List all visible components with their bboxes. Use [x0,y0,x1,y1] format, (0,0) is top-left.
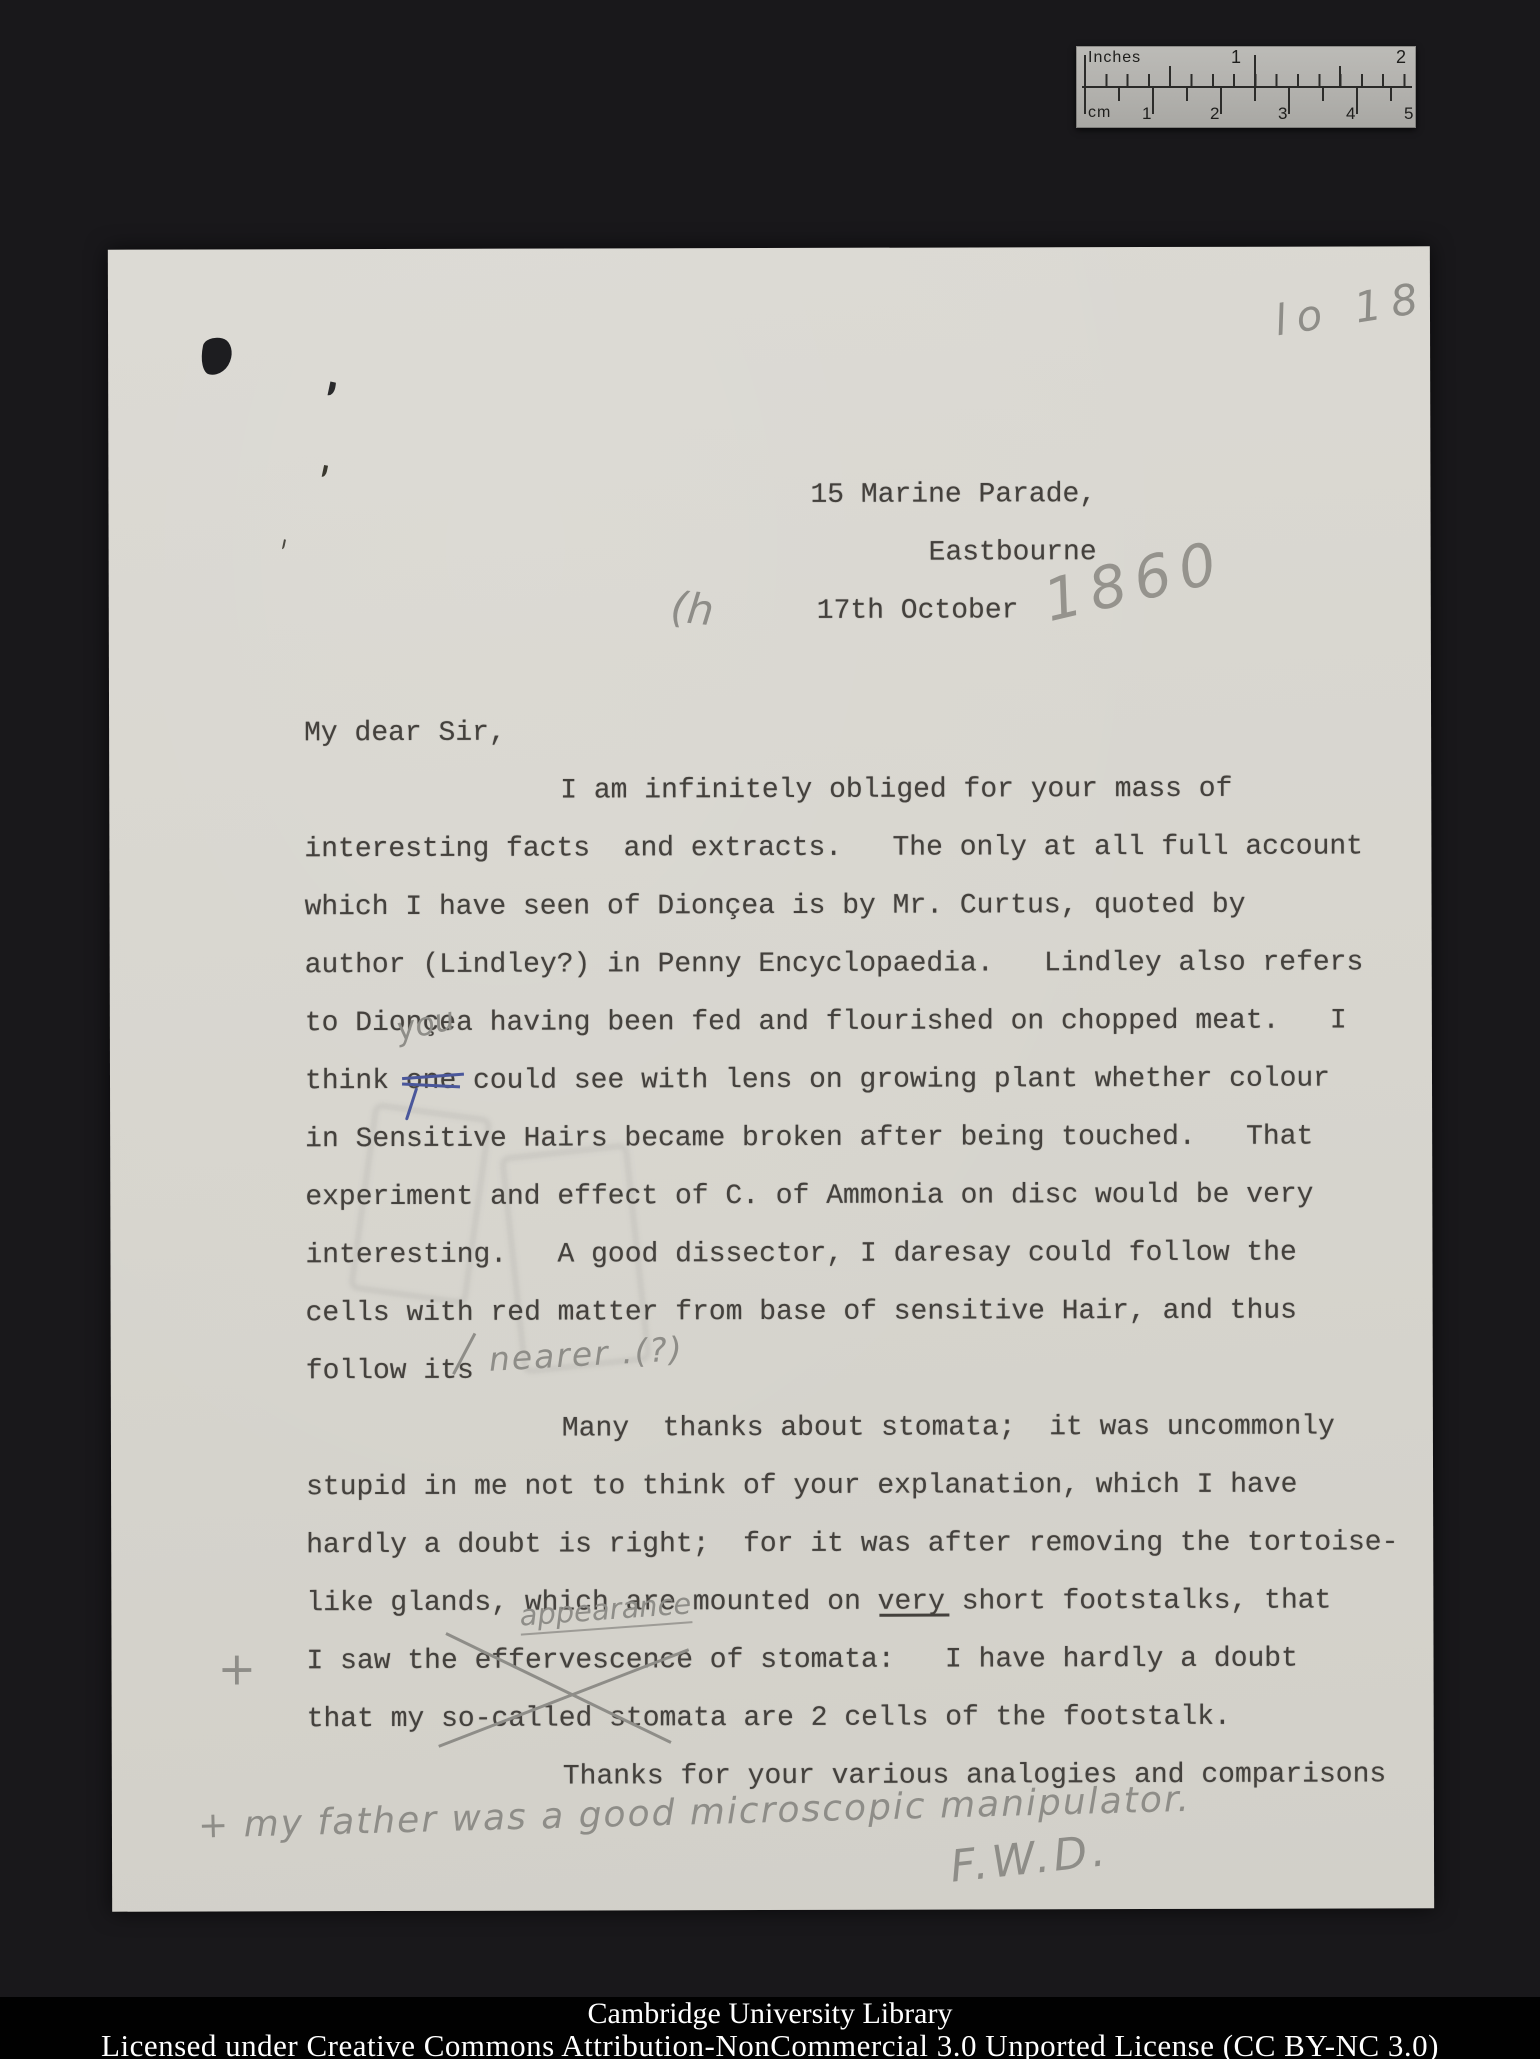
typed-body: My dear Sir,I am infinitely obliged for … [304,702,1399,1807]
ruler-inch-1: 1 [1231,47,1242,68]
typed-line: that my so-called stomata are 2 cells of… [307,1688,1399,1749]
typed-line: cells with red matter from base of sensi… [306,1282,1398,1343]
typed-line: I am infinitely obliged for your mass of [304,760,1396,821]
license-footer: Cambridge University Library Licensed un… [0,1997,1540,2059]
typed-line: Many thanks about stomata; it was uncomm… [306,1398,1398,1459]
typed-line: which I have seen of Dionçea is by Mr. C… [304,876,1396,937]
typed-line: hardly a doubt is right; for it was afte… [306,1514,1398,1575]
scanned-letter-page: { "scan": { "ruler": { "unit_top": "Inch… [0,0,1540,2059]
ruler-cm-ticks [1084,88,1410,118]
typed-underline-very [879,1614,949,1617]
footer-license-text: Licensed under Creative Commons Attribut… [0,2030,1540,2059]
typed-line: in Sensitive Hairs became broken after b… [305,1108,1397,1169]
typed-line: I saw the effervescence of stomata: I ha… [306,1630,1398,1691]
ruler-unit-inches: Inches [1088,49,1141,67]
letter-sheet: lo 18 15 Marine Parade, Eastbourne 17th … [108,246,1434,1911]
typed-line: interesting facts and extracts. The only… [304,818,1396,879]
ruler-unit-cm: cm [1088,104,1111,122]
typed-line: think one could see with lens on growing… [305,1050,1397,1111]
ruler-cm-4: 4 [1346,104,1356,124]
ink-blot [198,335,235,378]
ruler-inch-2: 2 [1396,47,1407,68]
typed-line: to Dionçea having been fed and flourishe… [305,992,1397,1053]
pencil-initials: F.W.D. [948,1825,1112,1893]
pencil-margin-plus: + [217,1641,256,1695]
typed-line: experiment and effect of C. of Ammonia o… [305,1166,1397,1227]
typed-line: follow its [306,1340,1398,1401]
typed-line: stupid in me not to think of your explan… [306,1456,1398,1517]
ruler-cm-1: 1 [1142,104,1152,124]
typed-line: author (Lindley?) in Penny Encyclopaedia… [305,934,1397,995]
typed-line: like glands, which are mounted on very s… [306,1572,1398,1633]
footer-library-name: Cambridge University Library [0,1999,1540,2029]
pencil-squiggle: (h [668,582,716,635]
typed-line: My dear Sir, [304,702,1396,763]
typed-line: interesting. A good dissector, I daresay… [305,1224,1397,1285]
date-line: 17th October [817,595,1019,627]
measurement-ruler: Inches 1 2 cm 1 2 3 4 5 [1076,46,1416,128]
pencil-page-number: lo 18 [1271,273,1431,346]
address-line-1: 15 Marine Parade, [810,479,1096,511]
ruler-cm-5: 5 [1404,104,1414,124]
ruler-cm-2: 2 [1210,104,1220,124]
ruler-cm-3: 3 [1278,104,1288,124]
